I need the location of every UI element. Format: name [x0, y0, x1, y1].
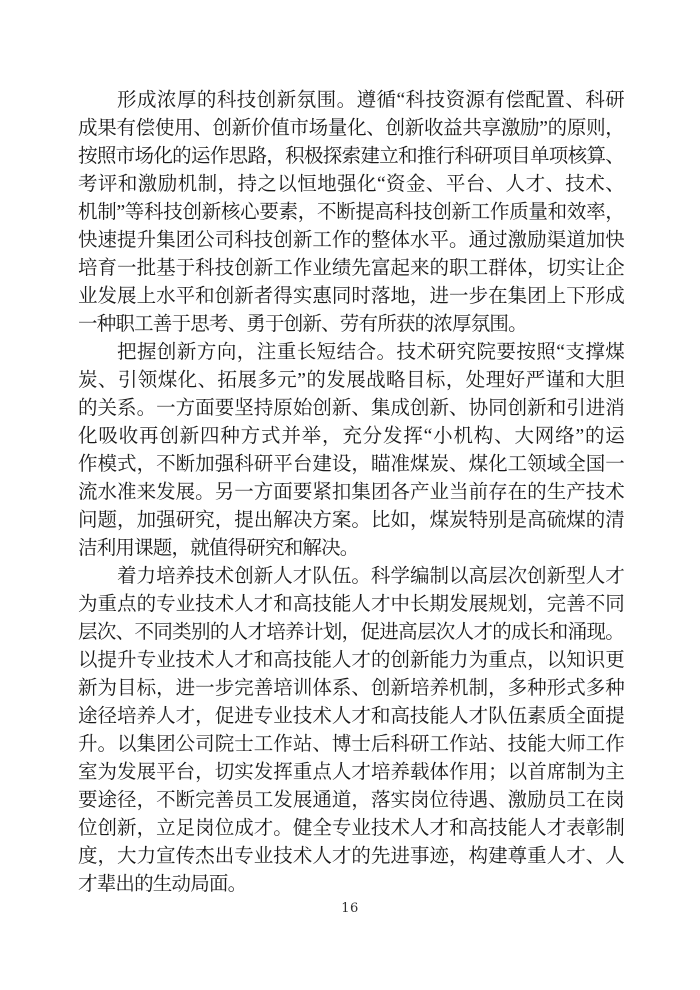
text-line: 为重点的专业技术人才和高技能人才中长期发展规划，完善不同 — [78, 591, 624, 619]
paragraph-1: 形成浓厚的科技创新氛围。遵循“科技资源有偿配置、科研成果有偿使用、创新价值市场量… — [78, 87, 624, 339]
text-line: 层次、不同类别的人才培养计划，促进高层次人才的成长和涌现。 — [78, 619, 624, 647]
text-line: 洁利用课题，就值得研究和解决。 — [78, 535, 624, 563]
text-line: 着力培养技术创新人才队伍。科学编制以高层次创新型人才 — [78, 563, 624, 591]
text-line: 化吸收再创新四种方式并举，充分发挥“小机构、大网络”的运 — [78, 423, 624, 451]
text-line: 途径培养人才，促进专业技术人才和高技能人才队伍素质全面提 — [78, 703, 624, 731]
text-line: 新为目标，进一步完善培训体系、创新培养机制，多种形式多种 — [78, 675, 624, 703]
text-line: 问题，加强研究，提出解决方案。比如，煤炭特别是高硫煤的清 — [78, 507, 624, 535]
text-line: 成果有偿使用、创新价值市场量化、创新收益共享激励”的原则， — [78, 115, 624, 143]
text-line: 流水准来发展。另一方面要紧扣集团各产业当前存在的生产技术 — [78, 479, 624, 507]
body-text: 形成浓厚的科技创新氛围。遵循“科技资源有偿配置、科研成果有偿使用、创新价值市场量… — [78, 87, 624, 899]
text-line: 升。以集团公司院士工作站、博士后科研工作站、技能大师工作 — [78, 731, 624, 759]
page-number: 16 — [0, 901, 700, 917]
text-line: 一种职工善于思考、勇于创新、劳有所获的浓厚氛围。 — [78, 311, 624, 339]
document-page: 形成浓厚的科技创新氛围。遵循“科技资源有偿配置、科研成果有偿使用、创新价值市场量… — [0, 0, 700, 990]
text-line: 按照市场化的运作思路，积极探索建立和推行科研项目单项核算、 — [78, 143, 624, 171]
text-line: 才辈出的生动局面。 — [78, 871, 624, 899]
text-line: 业发展上水平和创新者得实惠同时落地，进一步在集团上下形成 — [78, 283, 624, 311]
text-line: 培育一批基于科技创新工作业绩先富起来的职工群体，切实让企 — [78, 255, 624, 283]
text-line: 考评和激励机制，持之以恒地强化“资金、平台、人才、技术、 — [78, 171, 624, 199]
paragraph-2: 把握创新方向，注重长短结合。技术研究院要按照“支撑煤炭、引领煤化、拓展多元”的发… — [78, 339, 624, 563]
text-line: 的关系。一方面要坚持原始创新、集成创新、协同创新和引进消 — [78, 395, 624, 423]
text-line: 要途径，不断完善员工发展通道，落实岗位待遇、激励员工在岗 — [78, 787, 624, 815]
paragraph-3: 着力培养技术创新人才队伍。科学编制以高层次创新型人才为重点的专业技术人才和高技能… — [78, 563, 624, 899]
text-line: 位创新，立足岗位成才。健全专业技术人才和高技能人才表彰制 — [78, 815, 624, 843]
text-line: 把握创新方向，注重长短结合。技术研究院要按照“支撑煤 — [78, 339, 624, 367]
text-line: 形成浓厚的科技创新氛围。遵循“科技资源有偿配置、科研 — [78, 87, 624, 115]
text-line: 度，大力宣传杰出专业技术人才的先进事迹，构建尊重人才、人 — [78, 843, 624, 871]
text-line: 以提升专业技术人才和高技能人才的创新能力为重点，以知识更 — [78, 647, 624, 675]
text-line: 机制”等科技创新核心要素，不断提高科技创新工作质量和效率， — [78, 199, 624, 227]
text-line: 快速提升集团公司科技创新工作的整体水平。通过激励渠道加快 — [78, 227, 624, 255]
text-line: 室为发展平台，切实发挥重点人才培养载体作用；以首席制为主 — [78, 759, 624, 787]
text-line: 作模式，不断加强科研平台建设，瞄准煤炭、煤化工领域全国一 — [78, 451, 624, 479]
text-line: 炭、引领煤化、拓展多元”的发展战略目标，处理好严谨和大胆 — [78, 367, 624, 395]
